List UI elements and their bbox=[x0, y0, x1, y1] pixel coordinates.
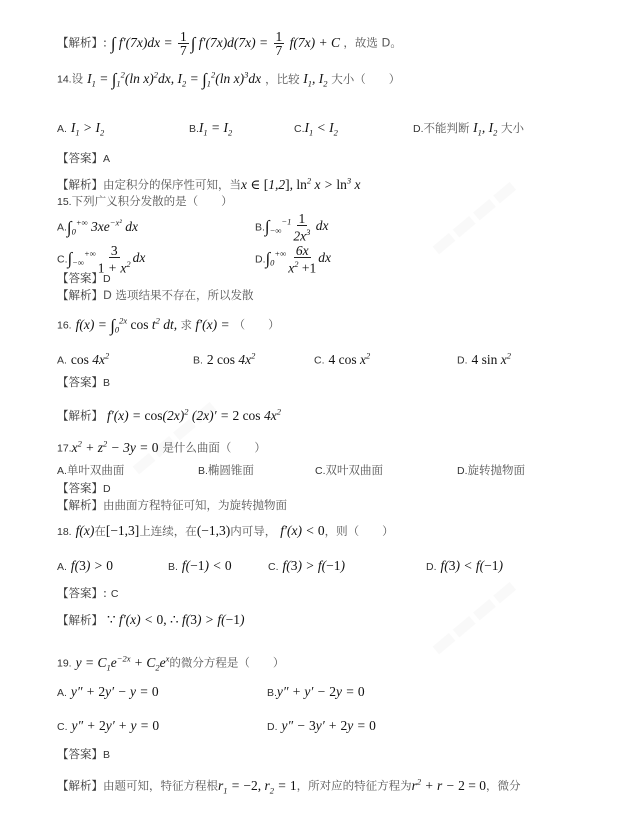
q14-answer: 【答案】A bbox=[57, 150, 110, 167]
q16-options: A. cos 4x2 B. 2 cos 4x2 C. 4 cos x2 D. 4… bbox=[57, 347, 627, 367]
q19-option-c: C. y″ + 2y′ + y = 0 bbox=[57, 718, 159, 735]
q16-analysis: 【解析】 f′(x) = cos(2x)2 (2x)′ = 2 cos 4x2 bbox=[57, 403, 281, 424]
answer-value: C bbox=[111, 588, 119, 600]
q17-answer: 【答案】D bbox=[57, 480, 111, 497]
answer-value: D bbox=[103, 483, 111, 495]
q14-option-c: C.I1 < I2 bbox=[294, 120, 338, 141]
q18-option-d: D. f(3) < f(−1) bbox=[426, 558, 503, 575]
q13-analysis: 【解析】: ∫ f′(7x)dx = 17∫ f′(7x)d(7x) = 17 … bbox=[57, 30, 402, 57]
q14-options: A. I1 > I2 B.I1 = I2 C.I1 < I2 D.不能判断 I1… bbox=[57, 120, 627, 140]
analysis-label: 【解析】 bbox=[57, 288, 103, 302]
q17-option-c: C.双叶双曲面 bbox=[315, 462, 383, 479]
q18-option-a: A. f(3) > 0 bbox=[57, 558, 113, 575]
q18-option-c: C. f(3) > f(−1) bbox=[268, 558, 345, 575]
analysis-label: 【解析】 bbox=[57, 613, 103, 627]
q17-stem: 17.x2 + z2 − 3y = 0 是什么曲面（ ） bbox=[57, 435, 266, 457]
q18-option-b: B. f(−1) < 0 bbox=[168, 558, 232, 575]
q16-analysis-math: f′(x) = cos(2x)2 (2x)′ = 2 cos 4x2 bbox=[107, 408, 281, 423]
q14-analysis: 【解析】由定积分的保序性可知，当x ∈ [1,2], ln2 x > ln3 x bbox=[57, 172, 361, 193]
q19-analysis: 【解析】由题可知，特征方程根r1 = −2, r2 = 1，所对应的特征方程为r… bbox=[57, 773, 521, 798]
q16-option-d: D. 4 sin x2 bbox=[457, 347, 511, 369]
q13-analysis-tail: ，故选 D。 bbox=[343, 36, 402, 50]
q17-option-d: D.旋转抛物面 bbox=[457, 462, 525, 479]
q14-stem-tail: ，比较 I1, I2 大小（ ） bbox=[265, 72, 400, 86]
q14-stem: 14.设 I1 = ∫12(ln x)2dx, I2 = ∫12(ln x)3d… bbox=[57, 66, 400, 91]
q17-option-a: A.单叶双曲面 bbox=[57, 462, 124, 479]
q17-analysis: 【解析】由曲面方程特征可知，为旋转抛物面 bbox=[57, 497, 287, 513]
q15-answer: 【答案】D bbox=[57, 270, 111, 287]
q19-option-b: B.y″ + y′ − 2y = 0 bbox=[267, 684, 365, 701]
answer-value: A bbox=[103, 153, 110, 165]
answer-value: D bbox=[103, 273, 111, 285]
answer-label: 【答案】 bbox=[57, 747, 103, 761]
q17-analysis-text: 由曲面方程特征可知，为旋转抛物面 bbox=[103, 498, 287, 512]
answer-value: B bbox=[103, 377, 110, 389]
question-number: 18. bbox=[57, 526, 72, 538]
answer-label: 【答案】 bbox=[57, 271, 103, 285]
q15-option-a: A.∫0+∞ 3xe−x² dx bbox=[57, 214, 138, 239]
answer-label: 【答案】: bbox=[57, 586, 107, 600]
analysis-label: 【解析】 bbox=[57, 779, 103, 793]
q14-option-a: A. I1 > I2 bbox=[57, 120, 104, 141]
q18-options: A. f(3) > 0 B. f(−1) < 0 C. f(3) > f(−1)… bbox=[57, 558, 627, 578]
q14-stem-prefix: 设 bbox=[72, 72, 84, 86]
q14-analysis-text: 由定积分的保序性可知，当 bbox=[103, 178, 241, 192]
q17-option-b: B.椭圆锥面 bbox=[198, 462, 254, 479]
analysis-label: 【解析】 bbox=[57, 409, 103, 423]
q14-option-d: D.不能判断 I1, I2 大小 bbox=[413, 120, 524, 141]
q16-stem-tail: （ ） bbox=[234, 318, 280, 332]
question-number: 17. bbox=[57, 443, 72, 455]
q16-option-a: A. cos 4x2 bbox=[57, 347, 109, 369]
q15-options-row1: A.∫0+∞ 3xe−x² dx B.∫−∞−112x3 dx bbox=[57, 212, 627, 246]
q18-answer: 【答案】: C bbox=[57, 585, 118, 602]
q19-answer: 【答案】B bbox=[57, 746, 110, 763]
question-number: 14. bbox=[57, 74, 72, 86]
q15-stem: 15.下列广义积分发散的是（ ） bbox=[57, 193, 233, 210]
q16-option-b: B. 2 cos 4x2 bbox=[193, 347, 255, 369]
watermark: ▬▬▬▬ bbox=[422, 570, 524, 663]
answer-label: 【答案】 bbox=[57, 375, 103, 389]
q15-analysis-text: D 选项结果不存在，所以发散 bbox=[103, 288, 254, 302]
q13-analysis-math: ∫ f′(7x)dx = 17∫ f′(7x)d(7x) = 17 f(7x) … bbox=[111, 35, 344, 50]
q14-option-b: B.I1 = I2 bbox=[189, 120, 232, 141]
q17-stem-tail: 是什么曲面（ ） bbox=[162, 441, 266, 455]
q16-answer: 【答案】B bbox=[57, 374, 110, 391]
q15-option-b: B.∫−∞−112x3 dx bbox=[255, 212, 329, 243]
analysis-label: 【解析】 bbox=[57, 178, 103, 192]
q14-stem-math: I1 = ∫12(ln x)2dx, I2 = ∫12(ln x)3dx bbox=[87, 71, 261, 86]
answer-value: B bbox=[103, 749, 110, 761]
q18-analysis: 【解析】 ∵ f′(x) < 0, ∴ f(3) > f(−1) bbox=[57, 612, 244, 628]
analysis-label: 【解析】: bbox=[57, 36, 107, 50]
q17-stem-math: x2 + z2 − 3y = 0 bbox=[72, 440, 159, 455]
q17-options: A.单叶双曲面 B.椭圆锥面 C.双叶双曲面 D.旋转抛物面 bbox=[57, 462, 627, 480]
question-number: 15. bbox=[57, 196, 72, 208]
q15-option-d: D.∫0+∞6xx2 +1dx bbox=[255, 244, 331, 275]
answer-label: 【答案】 bbox=[57, 481, 103, 495]
question-number: 19. bbox=[57, 658, 72, 670]
q16-stem: 16. f(x) = ∫02x cos t2 dt, 求 f′(x) = （ ） bbox=[57, 312, 280, 337]
q19-option-d: D. y″ − 3y′ + 2y = 0 bbox=[267, 718, 376, 735]
q16-stem-math: f(x) = ∫02x cos t2 dt, 求 f′(x) = bbox=[76, 317, 230, 332]
answer-label: 【答案】 bbox=[57, 151, 103, 165]
q15-options-row2: C.∫−∞+∞31 + x2dx D.∫0+∞6xx2 +1dx bbox=[57, 244, 627, 278]
q15-stem-text: 下列广义积分发散的是（ ） bbox=[72, 194, 233, 208]
q19-options-row2: C. y″ + 2y′ + y = 0 D. y″ − 3y′ + 2y = 0 bbox=[57, 718, 627, 736]
q16-option-c: C. 4 cos x2 bbox=[314, 347, 370, 369]
question-number: 16. bbox=[57, 320, 72, 332]
q18-stem: 18. f(x)在[−1,3]上连续，在(−1,3)内可导， f′(x) < 0… bbox=[57, 523, 394, 540]
q19-option-a: A. y″ + 2y′ − y = 0 bbox=[57, 684, 159, 701]
q19-options-row1: A. y″ + 2y′ − y = 0 B.y″ + y′ − 2y = 0 bbox=[57, 684, 627, 702]
analysis-label: 【解析】 bbox=[57, 498, 103, 512]
q15-analysis: 【解析】D 选项结果不存在，所以发散 bbox=[57, 287, 254, 303]
q19-stem: 19. y = C1e−2x + C2ex的微分方程是（ ） bbox=[57, 650, 284, 675]
q18-analysis-math: ∵ f′(x) < 0, ∴ f(3) > f(−1) bbox=[107, 612, 244, 627]
